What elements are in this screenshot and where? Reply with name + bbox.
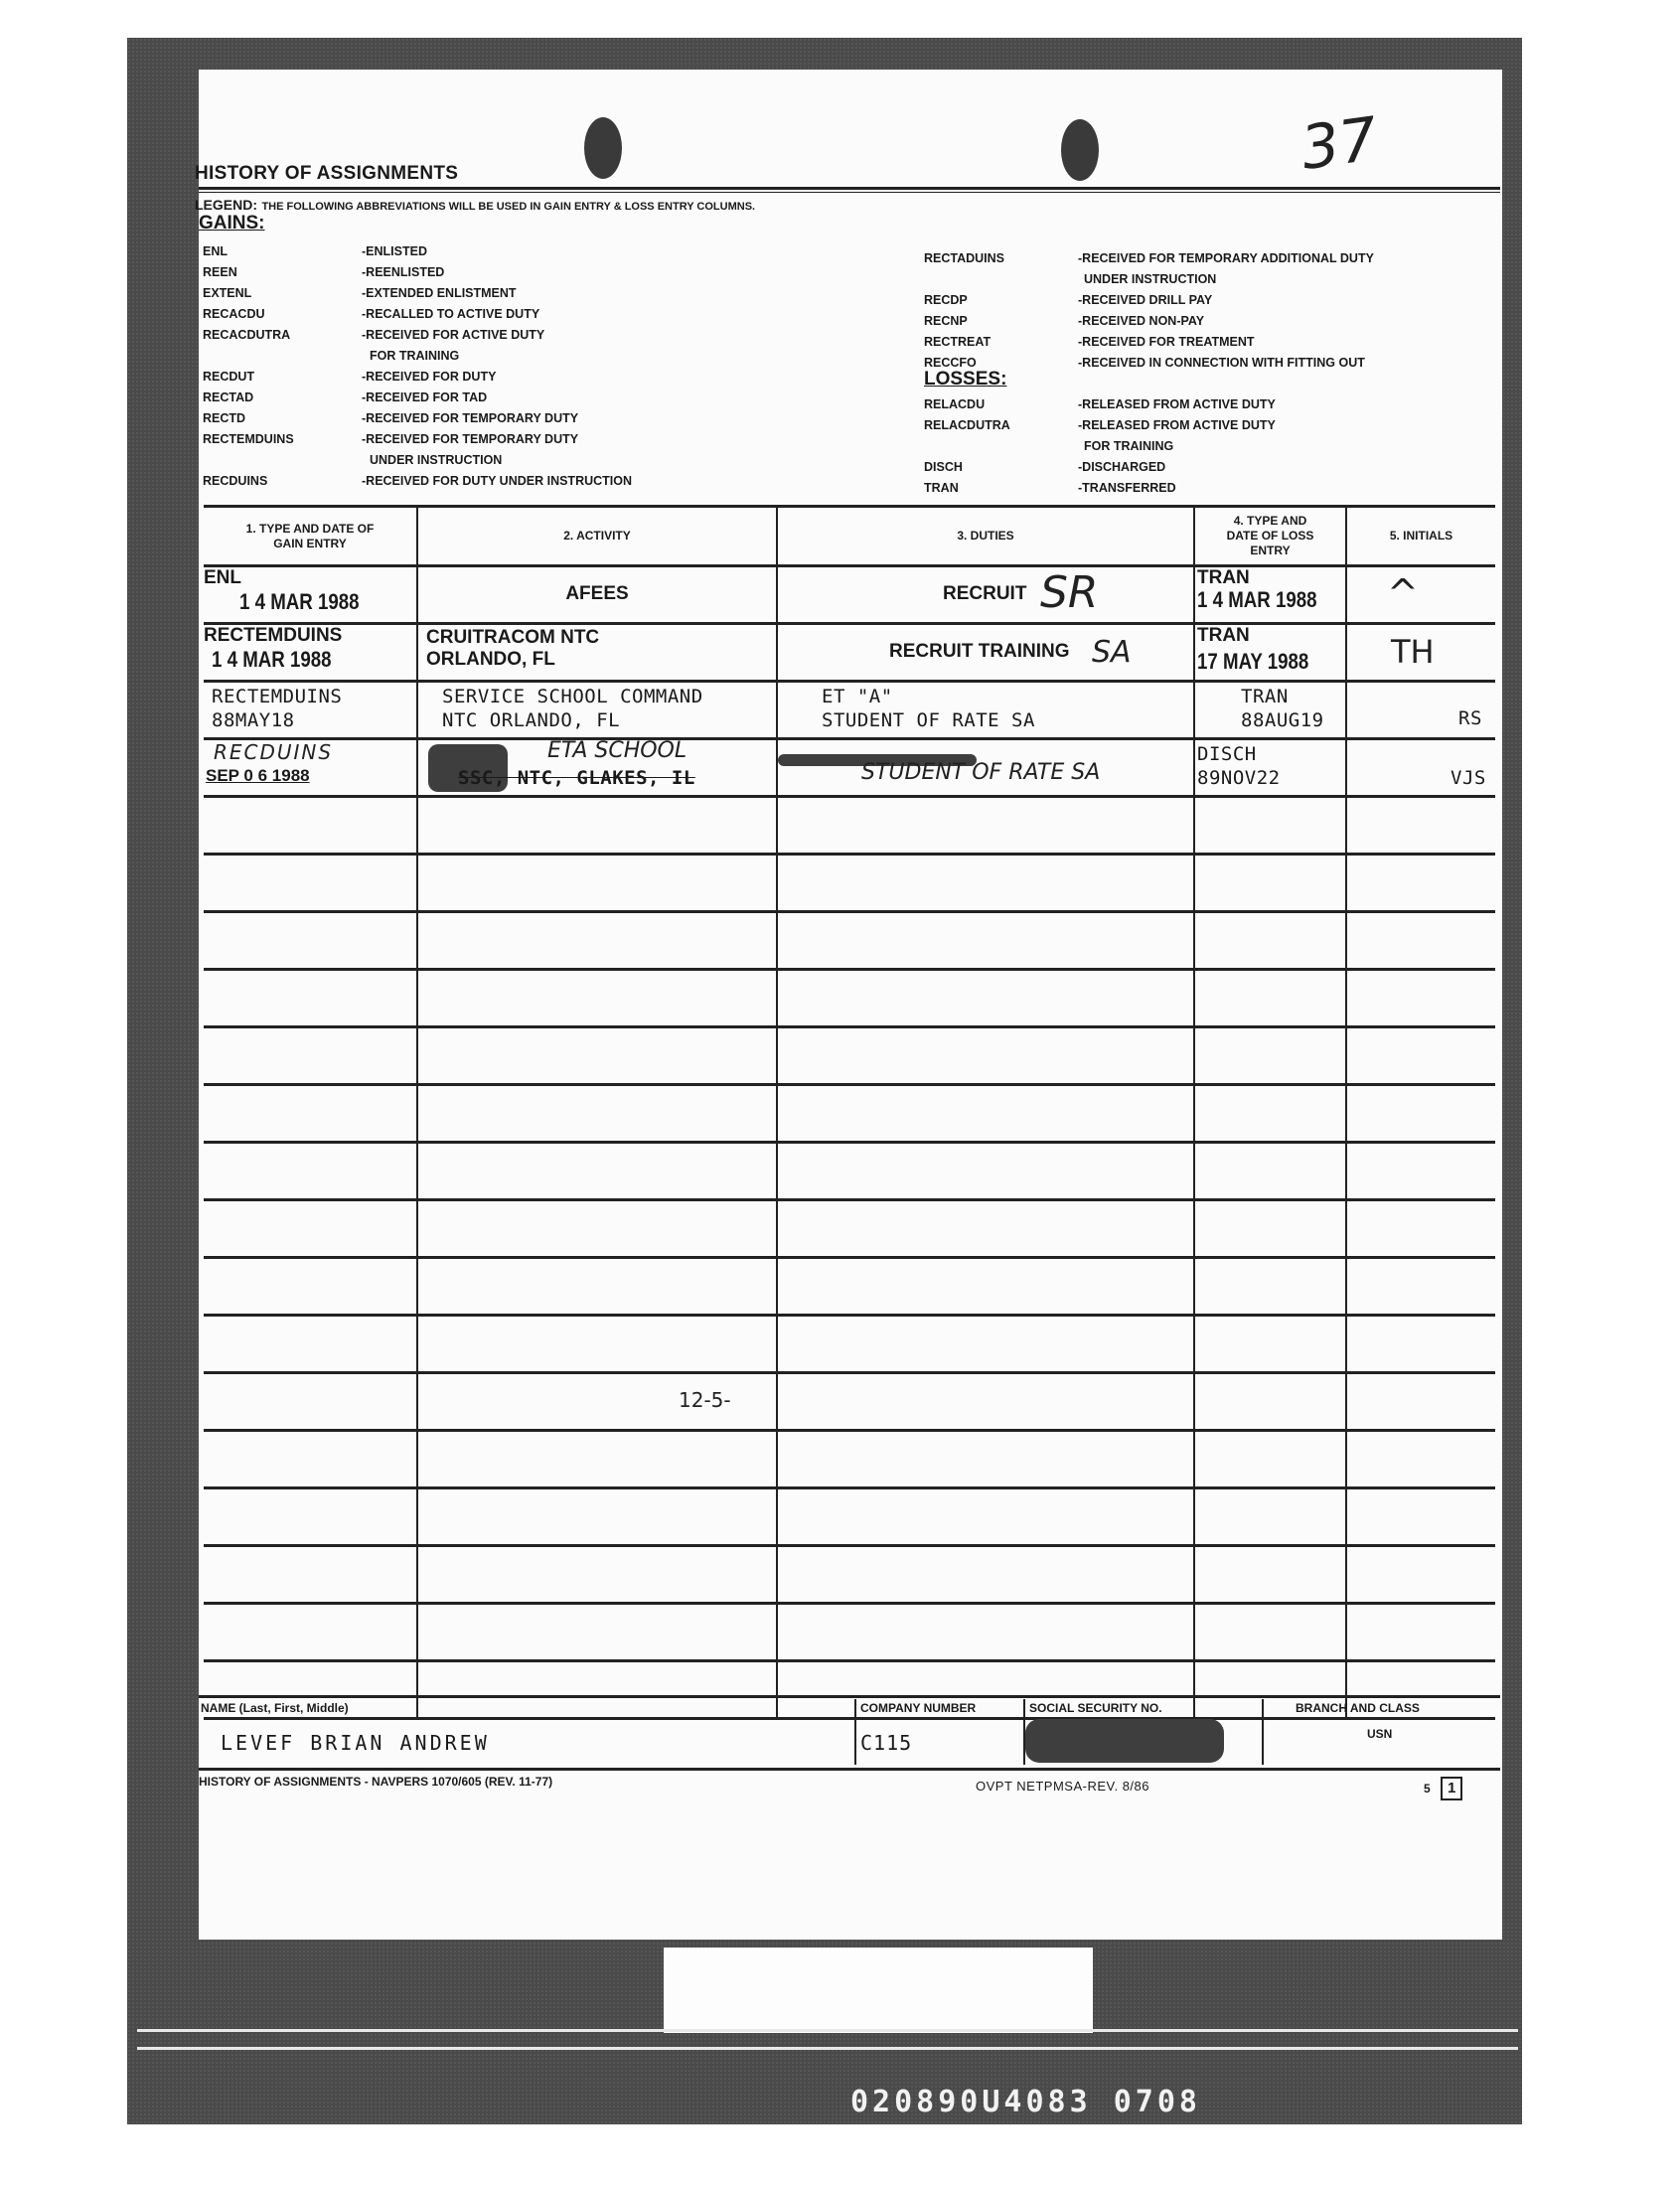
form-title: HISTORY OF ASSIGNMENTS [195, 163, 458, 185]
table-row-blank [204, 1200, 1495, 1258]
punch-hole-left [584, 117, 622, 179]
duties-cell: STUDENT OF RATE SA [777, 739, 1194, 797]
table-row: RECTEMDUINS 1 4 MAR 1988 CRUITRACOM NTC … [204, 624, 1495, 682]
header-loss-entry: 4. TYPE AND DATE OF LOSS ENTRY [1194, 507, 1346, 566]
gain-code: RECTAD [203, 390, 253, 404]
gain-type: RECDUINS [214, 740, 333, 764]
gain-code: RECDUT [203, 370, 254, 384]
loss-code: TRAN [924, 481, 959, 495]
activity-cell: AFEES [417, 566, 777, 624]
table-row-blank [204, 1316, 1495, 1373]
ssn-label: SOCIAL SECURITY NO. [1029, 1701, 1162, 1715]
gain-code: RECCFO [924, 356, 977, 370]
gain-type: ENL [204, 567, 241, 589]
table-row-blank: 12-5- [204, 1373, 1495, 1431]
gain-desc: -RECEIVED FOR TAD [362, 390, 487, 404]
page-indicator: 5 1 [1424, 1777, 1462, 1800]
branch-label: BRANCH AND CLASS [1296, 1701, 1420, 1715]
gain-code: RECTADUINS [924, 251, 1004, 265]
margin-note: 12-5- [679, 1388, 731, 1412]
duties-line-2: STUDENT OF RATE SA [861, 760, 1100, 785]
gain-code: EXTENL [203, 286, 251, 300]
company-value: C115 [860, 1731, 912, 1755]
activity-line-2: SSC, NTC, GLAKES, IL [458, 766, 695, 790]
gain-desc: -RECEIVED FOR DUTY UNDER INSTRUCTION [362, 474, 632, 488]
gain-desc-cont: UNDER INSTRUCTION [1084, 272, 1216, 286]
scan-bar-line [137, 2029, 1518, 2032]
table-row-blank [204, 1488, 1495, 1546]
gain-desc: -RECEIVED FOR TEMPORARY DUTY [362, 411, 578, 425]
loss-type: TRAN [1197, 567, 1250, 589]
print-note: OVPT NETPMSA-REV. 8/86 [976, 1779, 1149, 1794]
loss-type: DISCH [1197, 742, 1257, 766]
gain-desc: -RECEIVED IN CONNECTION WITH FITTING OUT [1078, 356, 1365, 370]
table-row-blank [204, 970, 1495, 1027]
gain-desc: -RECEIVED FOR DUTY [362, 370, 496, 384]
branch-value: USN [1367, 1727, 1392, 1741]
header-duties: 3. DUTIES [777, 507, 1194, 566]
initials-value: RS [1458, 706, 1482, 730]
name-value: LEVEF BRIAN ANDREW [221, 1731, 490, 1755]
gain-date: 1 4 MAR 1988 [239, 589, 360, 615]
gain-desc: -RECEIVED FOR TEMPORARY DUTY [362, 432, 578, 446]
loss-cell: TRAN 88AUG19 [1194, 682, 1346, 739]
duties-line-1: RECRUIT TRAINING [889, 641, 1070, 663]
gain-cell: ENL 1 4 MAR 1988 [204, 566, 417, 624]
table-row: RECDUINS SEP 0 6 1988 ETA SCHOOL SSC, NT… [204, 739, 1495, 797]
gain-code: RECNP [924, 314, 968, 328]
activity-cell: ETA SCHOOL SSC, NTC, GLAKES, IL [417, 739, 777, 797]
legend-line: LEGEND: THE FOLLOWING ABBREVIATIONS WILL… [195, 197, 755, 215]
gain-desc: -RECEIVED FOR TREATMENT [1078, 335, 1255, 349]
divider [854, 1699, 856, 1765]
initials-value: VJS [1451, 766, 1486, 790]
loss-code: RELACDU [924, 397, 985, 411]
loss-cell: TRAN 17 MAY 1988 [1194, 624, 1346, 682]
table-row-blank [204, 912, 1495, 970]
gain-desc: -EXTENDED ENLISTMENT [362, 286, 517, 300]
name-label: NAME (Last, First, Middle) [201, 1701, 349, 1715]
ssn-redaction [1025, 1719, 1224, 1763]
header-activity: 2. ACTIVITY [417, 507, 777, 566]
activity-line-1: AFEES [418, 583, 776, 605]
loss-type: TRAN [1241, 685, 1289, 708]
table-row-blank [204, 1258, 1495, 1316]
table-row: RECTEMDUINS 88MAY18 SERVICE SCHOOL COMMA… [204, 682, 1495, 739]
gain-desc: -REENLISTED [362, 265, 444, 279]
gain-type: RECTEMDUINS [212, 685, 410, 708]
gain-cell: RECDUINS SEP 0 6 1988 [204, 739, 417, 797]
gain-code: ENL [203, 244, 228, 258]
duties-line-2: STUDENT OF RATE SA [822, 708, 1035, 732]
gain-cell: RECTEMDUINS 88MAY18 [204, 682, 417, 739]
duties-handwritten: SR [1040, 567, 1099, 618]
company-label: COMPANY NUMBER [860, 1701, 976, 1715]
loss-type: TRAN [1197, 625, 1250, 647]
loss-desc-cont: FOR TRAINING [1084, 439, 1173, 453]
duties-cell: ET "A" STUDENT OF RATE SA [777, 682, 1194, 739]
identity-block: NAME (Last, First, Middle) LEVEF BRIAN A… [199, 1699, 1500, 1769]
header-gain-entry: 1. TYPE AND DATE OF GAIN ENTRY [204, 507, 417, 566]
loss-date: 1 4 MAR 1988 [1197, 587, 1317, 613]
initials-cell: RS [1346, 682, 1495, 739]
gain-desc: -RECEIVED NON-PAY [1078, 314, 1204, 328]
footer-bottom-rule [199, 1768, 1500, 1771]
activity-line-1: SERVICE SCHOOL COMMAND [442, 685, 770, 708]
loss-desc: -RELEASED FROM ACTIVE DUTY [1078, 418, 1276, 432]
punch-hole-right [1061, 119, 1099, 181]
table-row-blank [204, 797, 1495, 855]
activity-cell: SERVICE SCHOOL COMMAND NTC ORLANDO, FL [417, 682, 777, 739]
table-row-blank [204, 1085, 1495, 1143]
duties-cell: RECRUIT TRAINING SA [777, 624, 1194, 682]
gain-code: RECTREAT [924, 335, 991, 349]
table-row-blank [204, 1431, 1495, 1488]
title-rule [199, 187, 1500, 190]
loss-code: RELACDUTRA [924, 418, 1010, 432]
loss-date: 17 MAY 1988 [1197, 649, 1308, 675]
initials-handwritten: TH [1391, 633, 1435, 671]
gain-code: RECACDUTRA [203, 328, 290, 342]
gain-date: SEP 0 6 1988 [206, 766, 310, 786]
duties-cell: RECRUIT SR [777, 566, 1194, 624]
gains-heading: GAINS: [199, 213, 265, 234]
table-row-blank [204, 855, 1495, 912]
page-number: 5 [1424, 1782, 1431, 1796]
loss-code: DISCH [924, 460, 963, 474]
form-id: HISTORY OF ASSIGNMENTS - NAVPERS 1070/60… [199, 1775, 552, 1789]
loss-cell: TRAN 1 4 MAR 1988 [1194, 566, 1346, 624]
table-row: ENL 1 4 MAR 1988 AFEES RECRUIT SR TRAN 1… [204, 566, 1495, 624]
table-row-blank [204, 1604, 1495, 1661]
title-rule-thin [199, 192, 1500, 193]
table-row-blank [204, 1143, 1495, 1200]
page-box: 1 [1441, 1777, 1462, 1800]
gain-desc-cont: UNDER INSTRUCTION [370, 453, 502, 467]
initials-cell: VJS [1346, 739, 1495, 797]
scan-white-box [664, 1948, 1093, 2033]
initials-handwritten: ^ [1387, 571, 1419, 615]
activity-line-1: CRUITRACOM NTC [426, 627, 599, 649]
gain-code: RECDUINS [203, 474, 267, 488]
loss-desc: -TRANSFERRED [1078, 481, 1176, 495]
gain-desc: -RECEIVED FOR ACTIVE DUTY [362, 328, 544, 342]
duties-line-1: ET "A" [822, 685, 1187, 708]
activity-line-2: ORLANDO, FL [426, 649, 555, 671]
loss-cell: DISCH 89NOV22 [1194, 739, 1346, 797]
gain-type: RECTEMDUINS [204, 625, 342, 647]
duties-handwritten: SA [1092, 635, 1132, 670]
gain-date: 1 4 MAR 1988 [212, 647, 332, 673]
loss-date: 89NOV22 [1197, 766, 1281, 790]
table-row-blank [204, 1027, 1495, 1085]
gain-desc: -RECALLED TO ACTIVE DUTY [362, 307, 539, 321]
gain-code: RECTD [203, 411, 245, 425]
initials-cell: ^ [1346, 566, 1495, 624]
loss-date: 88AUG19 [1241, 708, 1324, 732]
gain-desc-cont: FOR TRAINING [370, 349, 459, 363]
scan-bar-line [137, 2047, 1518, 2050]
initials-cell: TH [1346, 624, 1495, 682]
handwritten-page-mark: 37 [1298, 104, 1382, 184]
gain-cell: RECTEMDUINS 1 4 MAR 1988 [204, 624, 417, 682]
table-header-row: 1. TYPE AND DATE OF GAIN ENTRY 2. ACTIVI… [204, 507, 1495, 566]
scan-serial-number: 020890U4083 0708 [850, 2085, 1201, 2119]
legend-text: THE FOLLOWING ABBREVIATIONS WILL BE USED… [261, 201, 755, 213]
loss-desc: -DISCHARGED [1078, 460, 1165, 474]
legend-label: LEGEND: [195, 197, 257, 213]
gain-desc: -ENLISTED [362, 244, 427, 258]
divider [1262, 1699, 1264, 1765]
gain-code: RECDP [924, 293, 968, 307]
gain-code: REEN [203, 265, 237, 279]
gain-desc: -RECEIVED DRILL PAY [1078, 293, 1212, 307]
loss-desc: -RELEASED FROM ACTIVE DUTY [1078, 397, 1276, 411]
duties-line-1: RECRUIT [943, 583, 1026, 605]
footer-top-rule [199, 1695, 1500, 1698]
gain-code: RECTEMDUINS [203, 432, 294, 446]
gain-desc: -RECEIVED FOR TEMPORARY ADDITIONAL DUTY [1078, 251, 1374, 265]
activity-cell: CRUITRACOM NTC ORLANDO, FL [417, 624, 777, 682]
activity-line-1: ETA SCHOOL [547, 738, 687, 763]
table-row-blank [204, 1546, 1495, 1604]
header-initials: 5. INITIALS [1346, 507, 1495, 566]
assignments-table: 1. TYPE AND DATE OF GAIN ENTRY 2. ACTIVI… [204, 505, 1495, 1720]
activity-line-2: NTC ORLANDO, FL [442, 708, 620, 732]
gain-code: RECACDU [203, 307, 265, 321]
losses-heading: LOSSES: [924, 369, 1006, 390]
gain-date: 88MAY18 [212, 708, 295, 732]
